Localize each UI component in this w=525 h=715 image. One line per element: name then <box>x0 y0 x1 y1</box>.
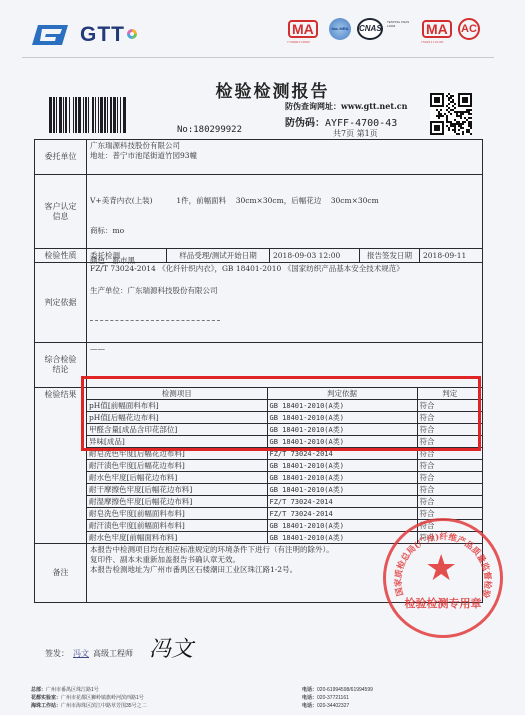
result-verdict: 符合 <box>417 448 482 460</box>
result-row: 耐汗渍色牢度[前幅面料布料]GB 18401-2010(A类)符合 <box>87 520 482 532</box>
result-basis: FZ/T 73024-2014 <box>267 496 417 508</box>
result-verdict: 符合 <box>417 424 482 436</box>
result-item: 异味[成品] <box>87 436 267 448</box>
results-container: 检测项目 判定依据 判定 pH值[前幅面料布料]GB 18401-2010(A类… <box>87 388 482 543</box>
result-row: 耐汗渍色牢度[后幅花边布料]GB 18401-2010(A类)符合 <box>87 460 482 472</box>
result-row: 耐湿摩擦色牢度[后幅花边布料]FZ/T 73024-2014符合 <box>87 496 482 508</box>
cma-number: 170000112662 <box>287 40 327 44</box>
results-label: 检验结果 <box>35 388 87 543</box>
col-basis: 判定依据 <box>267 388 417 400</box>
remark-line: 本报告检测地址为广州市番禺区石楼潮田工业区珠江路1-2号。 <box>90 565 479 575</box>
result-item: 甲醛含量[成品含印花部位] <box>87 424 267 436</box>
result-item: 耐干摩擦色牢度[后幅花边布料] <box>87 484 267 496</box>
result-row: 耐水色牢度[前幅面料布料]GB 18401-2010(A类)符合 <box>87 532 482 544</box>
cma-logo-2: MA <box>422 20 452 38</box>
results-table: 检测项目 判定依据 判定 pH值[前幅面料布料]GB 18401-2010(A类… <box>87 388 482 543</box>
report-page: GTT MA 170000112662 ilac-MRA CNAS TESTIN… <box>0 0 525 715</box>
result-row: 耐水色牢度[后幅花边布料]GB 18401-2010(A类)符合 <box>87 472 482 484</box>
inspection-label: 检验性质 <box>35 249 87 262</box>
remarks-value: 本报告中检测项目均在相应标准规定的环境条件下进行（有注明的除外）。 复印件、副本… <box>87 544 482 602</box>
received-date: 2018-09-03 12:00 <box>270 249 360 262</box>
result-row: pH值[前幅面料布料]GB 18401-2010(A类)符合 <box>87 400 482 412</box>
col-item: 检测项目 <box>87 388 267 400</box>
result-row: 甲醛含量[成品含印花部位]GB 18401-2010(A类)符合 <box>87 424 482 436</box>
result-verdict: 符合 <box>417 508 482 520</box>
result-item: 耐湿摩擦色牢度[后幅花边布料] <box>87 496 267 508</box>
client-company: 广东瑞源科技股份有限公司 <box>90 141 479 151</box>
footer-address: 总部：广州市番禺区珠江路1号 <box>31 686 147 694</box>
result-item: 耐水色牢度[后幅花边布料] <box>87 472 267 484</box>
anti-fake-code: 防伪码：AYFF-4700-43 <box>285 114 397 129</box>
result-basis: GB 18401-2010(A类) <box>267 400 417 412</box>
qr-code <box>430 93 472 135</box>
anti-fake-code-label: 防伪码： <box>285 118 325 129</box>
conclusion-label-2: 结论 <box>45 365 77 375</box>
result-verdict: 符合 <box>417 436 482 448</box>
remarks-row: 备注 本报告中检测项目均在相应标准规定的环境条件下进行（有注明的除外）。 复印件… <box>35 544 482 602</box>
result-basis: GB 18401-2010(A类) <box>267 412 417 424</box>
footer-phone: 电话：020-37721161 <box>302 694 373 702</box>
customer-info-label-1: 客户认定 <box>45 202 77 212</box>
cal-logo: AC <box>458 18 480 40</box>
inspection-value: 委托检测 样品受理/测试开始日期 2018-09-03 12:00 报告签发日期… <box>87 249 482 262</box>
result-row: pH值[后幅花边布料]GB 18401-2010(A类)符合 <box>87 412 482 424</box>
cnas-logo: CNAS <box>357 18 383 40</box>
result-item: 耐汗渍色牢度[前幅面料布料] <box>87 520 267 532</box>
handwritten-signature: 冯文 <box>149 632 193 663</box>
result-item: 耐皂洗色牢度[后幅花边布料] <box>87 448 267 460</box>
result-item: 耐水色牢度[前幅面料布料] <box>87 532 267 544</box>
footer-phone: 电话：020-34402327 <box>302 702 373 710</box>
conclusion-label-1: 综合检验 <box>45 355 77 365</box>
conclusion-row: 综合检验结论 —— <box>35 343 482 388</box>
cnas-caption: TESTING CNAS L1604 <box>387 20 411 28</box>
result-verdict: 符合 <box>417 532 482 544</box>
result-basis: GB 18401-2010(A类) <box>267 424 417 436</box>
result-basis: GB 18401-2010(A类) <box>267 460 417 472</box>
footer-address: 花都实验室：广州市花都区狮岭镇旗岭河滨西路1号 <box>31 694 147 702</box>
gtt-logo-icon <box>32 25 68 45</box>
client-label: 委托单位 <box>35 140 87 174</box>
remarks-label: 备注 <box>35 544 87 602</box>
barcode <box>49 97 173 133</box>
cma-logo: MA <box>288 20 318 38</box>
result-row: 耐皂洗色牢度[后幅花边布料]FZ/T 73024-2014符合 <box>87 448 482 460</box>
result-item: pH值[前幅面料布料] <box>87 400 267 412</box>
issue-label: 报告签发日期 <box>360 249 420 262</box>
remark-line: 本报告中检测项目均在相应标准规定的环境条件下进行（有注明的除外）。 <box>90 545 479 555</box>
sign-label: 签发： <box>45 648 69 659</box>
client-address: 地址：普宁市池尾街道竹园93幢 <box>90 151 479 161</box>
footer-addresses: 总部：广州市番禺区珠江路1号 花都实验室：广州市花都区狮岭镇旗岭河滨西路1号 海… <box>31 686 147 710</box>
brand-name: GTT <box>80 23 125 47</box>
conclusion-value: —— <box>87 343 482 387</box>
result-verdict: 符合 <box>417 412 482 424</box>
gtt-logo: GTT <box>32 23 137 47</box>
signatory: 签发： 冯文 高级工程师 <box>45 648 133 659</box>
result-verdict: 符合 <box>417 484 482 496</box>
footer-address: 海珠工作站：广州市海珠区滨江中路草芳围35号之二 <box>31 702 147 710</box>
basis-row: 判定依据 FZ/T 73024-2014 《化纤针织内衣》，GB 18401-2… <box>35 263 482 343</box>
remark-line: 复印件、副本未重新加盖报告书确认章无效。 <box>90 555 479 565</box>
sample-description: V+美背内衣(上装) 1件，前幅面料 30cm×30cm，后幅花边 30cm×3… <box>90 196 479 206</box>
result-row: 耐干摩擦色牢度[后幅花边布料]GB 18401-2010(A类)符合 <box>87 484 482 496</box>
result-verdict: 符合 <box>417 460 482 472</box>
results-header: 检测项目 判定依据 判定 <box>87 388 482 400</box>
result-item: pH值[后幅花边布料] <box>87 412 267 424</box>
basis-value: FZ/T 73024-2014 《化纤针织内衣》，GB 18401-2010 《… <box>87 263 482 342</box>
result-verdict: 符合 <box>417 520 482 532</box>
inspection-type: 委托检测 <box>87 249 167 262</box>
cma-number-2: 150011112181 <box>421 40 461 44</box>
certification-logos: MA 170000112662 ilac-MRA CNAS TESTING CN… <box>285 16 490 46</box>
col-verdict: 判定 <box>417 388 482 400</box>
brand-ring-icon <box>127 29 137 39</box>
result-verdict: 符合 <box>417 496 482 508</box>
page-count: 共7页 第1页 <box>333 128 378 139</box>
result-verdict: 符合 <box>417 472 482 484</box>
issue-date: 2018-09-11 <box>420 249 482 262</box>
signatory-title: 高级工程师 <box>93 648 133 659</box>
client-row: 委托单位 广东瑞源科技股份有限公司 地址：普宁市池尾街道竹园93幢 <box>35 140 482 175</box>
ilac-mra-logo: ilac-MRA <box>329 18 351 40</box>
result-basis: FZ/T 73024-2014 <box>267 448 417 460</box>
conclusion-label: 综合检验结论 <box>35 343 87 387</box>
received-label: 样品受理/测试开始日期 <box>167 249 270 262</box>
inspection-row: 检验性质 委托检测 样品受理/测试开始日期 2018-09-03 12:00 报… <box>35 249 482 263</box>
result-basis: GB 18401-2010(A类) <box>267 520 417 532</box>
anti-fake-url: 防伪查询网址：www.gtt.net.cn <box>285 101 407 112</box>
report-table: 委托单位 广东瑞源科技股份有限公司 地址：普宁市池尾街道竹园93幢 客户认定信息… <box>34 139 483 603</box>
results-row: 检验结果 检测项目 判定依据 判定 pH值[前幅面料布料]GB 18401-20… <box>35 388 482 544</box>
customer-info-value: V+美背内衣(上装) 1件，前幅面料 30cm×30cm，后幅花边 30cm×3… <box>87 175 482 248</box>
result-basis: GB 18401-2010(A类) <box>267 484 417 496</box>
result-row: 耐皂洗色牢度[前幅面料布料]FZ/T 73024-2014符合 <box>87 508 482 520</box>
result-basis: GB 18401-2010(A类) <box>267 472 417 484</box>
header-divider <box>22 57 494 58</box>
client-value: 广东瑞源科技股份有限公司 地址：普宁市池尾街道竹园93幢 <box>87 140 482 174</box>
result-basis: GB 18401-2010(A类) <box>267 532 417 544</box>
basis-label: 判定依据 <box>35 263 87 342</box>
customer-info-row: 客户认定信息 V+美背内衣(上装) 1件，前幅面料 30cm×30cm，后幅花边… <box>35 175 482 249</box>
customer-info-label: 客户认定信息 <box>35 175 87 248</box>
report-number: No:180299922 <box>177 125 242 135</box>
result-item: 耐皂洗色牢度[前幅面料布料] <box>87 508 267 520</box>
signatory-name: 冯文 <box>73 648 89 659</box>
result-row: 异味[成品]GB 18401-2010(A类)符合 <box>87 436 482 448</box>
result-basis: GB 18401-2010(A类) <box>267 436 417 448</box>
result-item: 耐汗渍色牢度[后幅花边布料] <box>87 460 267 472</box>
footer-phone: 电话：020-61994598/61994599 <box>302 686 373 694</box>
result-basis: FZ/T 73024-2014 <box>267 508 417 520</box>
trademark: 商标：mo <box>90 226 479 236</box>
customer-info-label-2: 信息 <box>45 212 77 222</box>
footer-phones: 电话：020-61994598/61994599 电话：020-37721161… <box>302 686 373 710</box>
result-verdict: 符合 <box>417 400 482 412</box>
